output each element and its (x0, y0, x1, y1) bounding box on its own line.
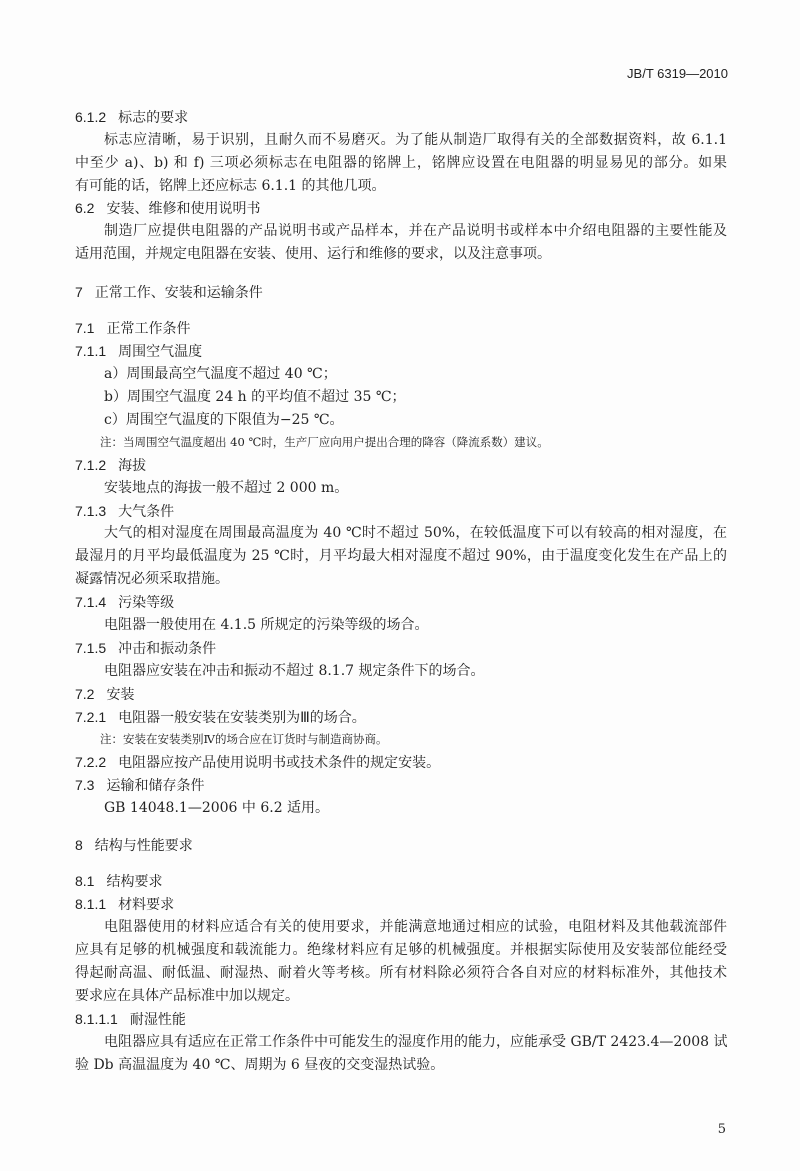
list-item-a: a）周围最高空气温度不超过 40 ℃； (104, 363, 337, 385)
section-title: 周围空气温度 (118, 343, 202, 359)
section-title: 安装 (106, 686, 134, 702)
paragraph-line: 应具有足够的机械强度和载流能力。绝缘材料应有足够的机械强度。并根据实际使用及安装… (75, 939, 727, 961)
paragraph-line: GB 14048.1—2006 中 6.2 适用。 (104, 797, 329, 819)
page-number: 5 (718, 1122, 726, 1137)
section-heading-7-1-5: 7.1.5冲击和振动条件 (75, 637, 216, 659)
section-title: 正常工作条件 (106, 320, 190, 336)
list-item-c: c）周围空气温度的下限值为−25 ℃。 (104, 409, 344, 431)
section-number: 7.2 (75, 683, 94, 705)
section-title: 耐湿性能 (130, 1011, 186, 1027)
section-heading-7-2-2: 7.2.2电阻器应按产品使用说明书或技术条件的规定安装。 (75, 751, 440, 773)
section-heading-6-1-2: 6.1.2标志的要求 (75, 106, 188, 128)
section-number: 7.2.1 (75, 706, 106, 728)
paragraph-line: 制造厂应提供电阻器的产品说明书或产品样本，并在产品说明书或样本中介绍电阻器的主要… (104, 220, 727, 242)
paragraph-line: 电阻器应具有适应在正常工作条件中可能发生的湿度作用的能力，应能承受 GB/T 2… (104, 1031, 727, 1053)
section-heading-7-2-1: 7.2.1电阻器一般安装在安装类别为Ⅲ的场合。 (75, 706, 366, 728)
section-heading-6-2: 6.2安装、维修和使用说明书 (75, 197, 260, 219)
paragraph-line: 安装地点的海拔一般不超过 2 000 m。 (104, 477, 348, 499)
paragraph-line: 最湿月的月平均最低温度为 25 ℃时，月平均最大相对湿度不超过 90%，由于温度… (75, 545, 727, 567)
section-number: 7.2.2 (75, 751, 106, 773)
section-title: 海拔 (118, 457, 146, 473)
section-heading-7-1-3: 7.1.3大气条件 (75, 500, 174, 522)
section-heading-8-1-1-1: 8.1.1.1耐湿性能 (75, 1008, 186, 1030)
section-number: 6.1.2 (75, 106, 106, 128)
chapter-title: 结构与性能要求 (95, 837, 193, 853)
note: 注：安装在安装类别Ⅳ的场合应在订货时与制造商协商。 (100, 728, 388, 750)
section-number: 8.1.1 (75, 893, 106, 915)
section-number: 7.1.1 (75, 340, 106, 362)
section-title: 材料要求 (118, 896, 174, 912)
section-heading-7-2: 7.2安装 (75, 683, 134, 705)
paragraph-line: 中至少 a)、b) 和 f) 三项必须标志在电阻器的铭牌上，铭牌应设置在电阻器的… (75, 152, 727, 174)
note: 注：当周围空气温度超出 40 ℃时，生产厂应向用户提出合理的降容（降流系数）建议… (100, 431, 549, 453)
section-title: 电阻器应按产品使用说明书或技术条件的规定安装。 (118, 754, 440, 770)
section-heading-8-1: 8.1结构要求 (75, 870, 162, 892)
section-heading-8-1-1: 8.1.1材料要求 (75, 893, 174, 915)
section-number: 8.1 (75, 870, 94, 892)
section-number: 7.1.5 (75, 637, 106, 659)
section-number: 7.1 (75, 317, 94, 339)
chapter-heading-8: 8结构与性能要求 (75, 834, 193, 856)
section-heading-7-3: 7.3运输和储存条件 (75, 774, 204, 796)
section-number: 7.1.4 (75, 591, 106, 613)
section-number: 6.2 (75, 197, 94, 219)
section-number: 7.1.3 (75, 500, 106, 522)
paragraph-line: 电阻器一般使用在 4.1.5 所规定的污染等级的场合。 (104, 614, 429, 636)
section-title: 安装、维修和使用说明书 (106, 200, 260, 216)
section-title: 电阻器一般安装在安装类别为Ⅲ的场合。 (118, 709, 366, 725)
section-title: 结构要求 (106, 873, 162, 889)
paragraph-line: 有可能的话，铭牌上还应标志 6.1.1 的其他几项。 (75, 175, 386, 197)
paragraph-line: 电阻器应安装在冲击和振动不超过 8.1.7 规定条件下的场合。 (104, 660, 485, 682)
section-title: 标志的要求 (118, 109, 188, 125)
page-header: JB/T 6319—2010 (627, 66, 728, 81)
chapter-heading-7: 7正常工作、安装和运输条件 (75, 281, 263, 303)
paragraph-line: 标志应清晰，易于识别，且耐久而不易磨灭。为了能从制造厂取得有关的全部数据资料，故… (104, 129, 727, 151)
paragraph-line: 适用范围，并规定电阻器在安装、使用、运行和维修的要求，以及注意事项。 (75, 243, 551, 265)
section-heading-7-1: 7.1正常工作条件 (75, 317, 190, 339)
section-title: 冲击和振动条件 (118, 640, 216, 656)
paragraph-line: 要求应在具体产品标准中加以规定。 (75, 985, 299, 1007)
section-title: 大气条件 (118, 503, 174, 519)
section-heading-7-1-2: 7.1.2海拔 (75, 454, 146, 476)
list-item-b: b）周围空气温度 24 h 的平均值不超过 35 ℃； (104, 386, 406, 408)
section-number: 7.3 (75, 774, 94, 796)
section-number: 7.1.2 (75, 454, 106, 476)
chapter-title: 正常工作、安装和运输条件 (95, 284, 263, 300)
section-heading-7-1-4: 7.1.4污染等级 (75, 591, 174, 613)
section-number: 8.1.1.1 (75, 1008, 118, 1030)
paragraph-line: 凝露情况必须采取措施。 (75, 568, 229, 590)
section-title: 运输和储存条件 (106, 777, 204, 793)
chapter-number: 8 (75, 834, 83, 856)
paragraph-line: 得起耐高温、耐低温、耐湿热、耐着火等考核。所有材料除必须符合各自对应的材料标准外… (75, 962, 727, 984)
paragraph-line: 大气的相对湿度在周围最高温度为 40 ℃时不超过 50%，在较低温度下可以有较高… (104, 522, 727, 544)
chapter-number: 7 (75, 281, 83, 303)
paragraph-line: 电阻器使用的材料应适合有关的使用要求，并能满意地通过相应的试验，电阻材料及其他载… (104, 916, 727, 938)
paragraph-line: 验 Db 高温温度为 40 ℃、周期为 6 昼夜的交变湿热试验。 (75, 1054, 444, 1076)
section-title: 污染等级 (118, 594, 174, 610)
section-heading-7-1-1: 7.1.1周围空气温度 (75, 340, 202, 362)
